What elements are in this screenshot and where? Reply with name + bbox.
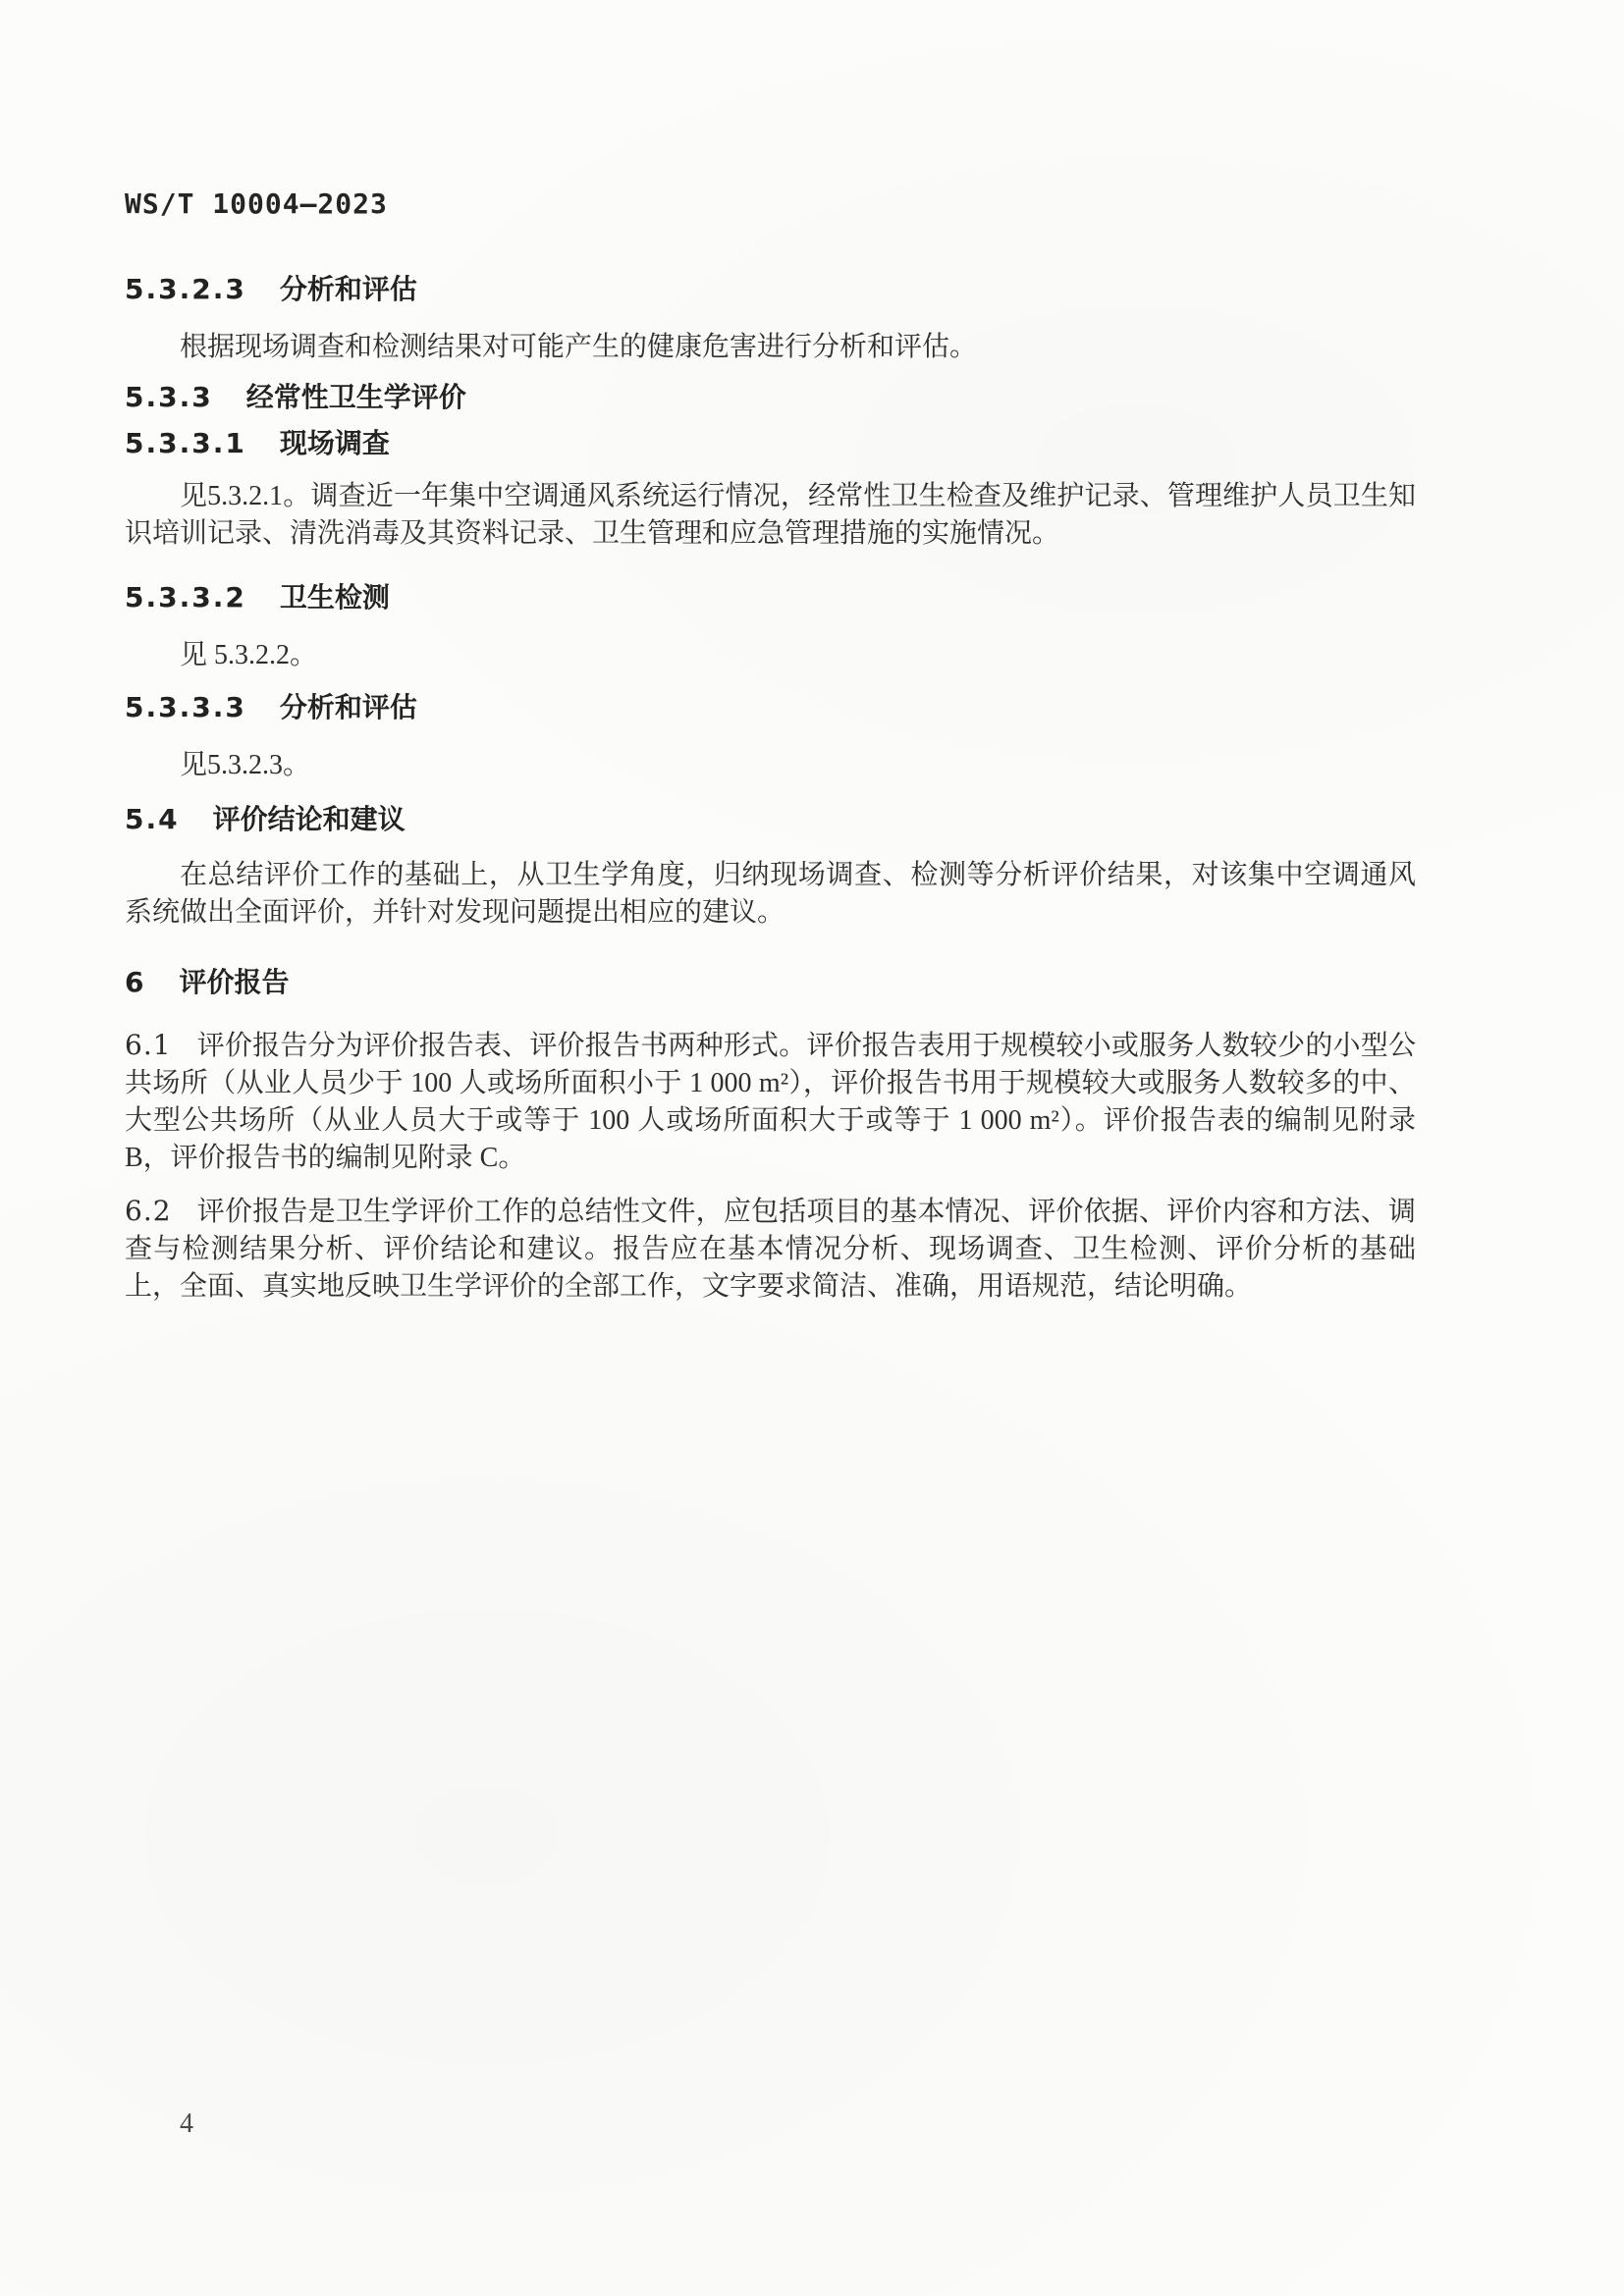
paragraph-6-2: 6.2评价报告是卫生学评价工作的总结性文件，应包括项目的基本情况、评价依据、评价… — [125, 1193, 1416, 1306]
heading-5-3-3-1: 5.3.3.1现场调查 — [125, 428, 1416, 458]
page-number: 4 — [180, 2109, 193, 2140]
heading-number: 5.3.3.1 — [125, 427, 246, 459]
heading-5-4: 5.4评价结论和建议 — [125, 804, 1416, 834]
heading-5-3-3-3: 5.3.3.3分析和评估 — [125, 692, 1416, 722]
paragraph-5-3-3-2: 见 5.3.2.2。 — [125, 637, 1416, 674]
heading-title: 卫生检测 — [280, 582, 390, 613]
page-content: WS/T 10004—2023 5.3.2.3分析和评估 根据现场调查和检测结果… — [125, 0, 1416, 1306]
heading-number: 6 — [125, 966, 145, 998]
heading-number: 5.3.2.3 — [125, 273, 246, 305]
paragraph-number: 6.2 — [125, 1195, 172, 1227]
heading-title: 分析和评估 — [280, 274, 417, 304]
heading-5-3-3: 5.3.3经常性卫生学评价 — [125, 382, 1416, 412]
heading-5-3-3-2: 5.3.3.2卫生检测 — [125, 582, 1416, 613]
paragraph-5-3-2-3: 根据现场调查和检测结果对可能产生的健康危害进行分析和评估。 — [125, 329, 1416, 366]
paragraph-text: 评价报告分为评价报告表、评价报告书两种形式。评价报告表用于规模较小或服务人数较少… — [125, 1031, 1416, 1173]
heading-5-3-2-3: 5.3.2.3分析和评估 — [125, 274, 1416, 304]
paragraph-number: 6.1 — [125, 1029, 172, 1061]
paragraph-text: 评价报告是卫生学评价工作的总结性文件，应包括项目的基本情况、评价依据、评价内容和… — [125, 1197, 1416, 1302]
paragraph-6-1: 6.1评价报告分为评价报告表、评价报告书两种形式。评价报告表用于规模较小或服务人… — [125, 1027, 1416, 1177]
document-page: WS/T 10004—2023 5.3.2.3分析和评估 根据现场调查和检测结果… — [0, 0, 1624, 2296]
heading-number: 5.4 — [125, 803, 180, 835]
heading-6: 6评价报告 — [125, 967, 1416, 997]
heading-title: 经常性卫生学评价 — [246, 382, 466, 412]
heading-title: 评价报告 — [179, 967, 289, 997]
paragraph-5-3-3-3: 见5.3.2.3。 — [125, 747, 1416, 784]
document-standard-number: WS/T 10004—2023 — [125, 188, 1416, 220]
heading-title: 分析和评估 — [280, 692, 417, 722]
heading-number: 5.3.3.3 — [125, 691, 246, 723]
paragraph-5-4: 在总结评价工作的基础上，从卫生学角度，归纳现场调查、检测等分析评价结果，对该集中… — [125, 857, 1416, 932]
paragraph-5-3-3-1: 见5.3.2.1。调查近一年集中空调通风系统运行情况，经常性卫生检查及维护记录、… — [125, 478, 1416, 553]
heading-number: 5.3.3 — [125, 381, 213, 413]
heading-title: 现场调查 — [280, 428, 390, 458]
heading-title: 评价结论和建议 — [213, 804, 406, 834]
heading-number: 5.3.3.2 — [125, 581, 246, 614]
